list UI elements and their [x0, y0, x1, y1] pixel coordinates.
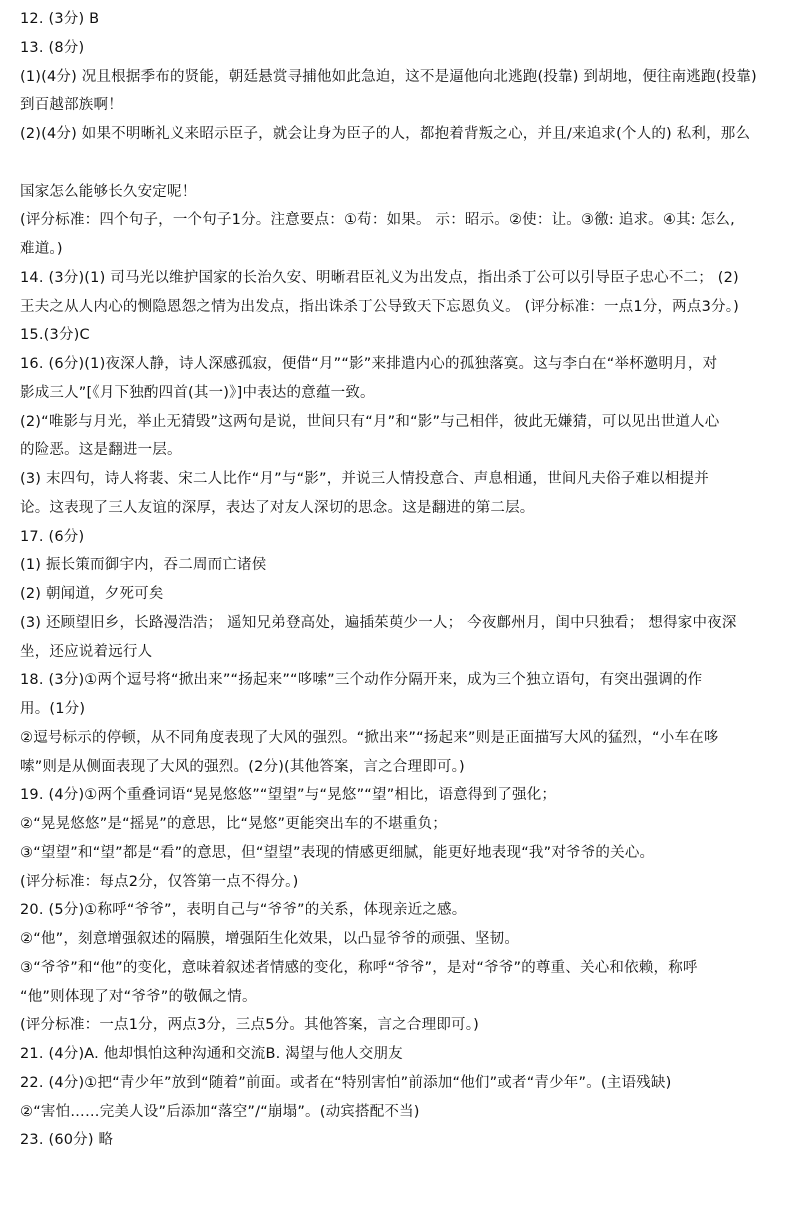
answer-20-point2: ②“他”，刻意增强叙述的隔膜，增强陌生化效果，以凸显爷爷的顽强、坚韧。	[20, 925, 785, 954]
answer-17-heading: 17. (6分)	[20, 523, 785, 552]
answer-22-point2: ②“害怕……完美人设”后添加“落空”/“崩塌”。(动宾搭配不当)	[20, 1098, 785, 1127]
answer-13-part2: (2)(4分) 如果不明晰礼义来昭示臣子，就会让身为臣子的人，都抱着背叛之心，并…	[20, 120, 785, 149]
answer-16-part1-cont: 影成三人”[《月下独酌四首(其一)》]中表达的意蕴一致。	[20, 379, 785, 408]
answer-20-point3: ③“爷爷”和“他”的变化，意味着叙述者情感的变化，称呼“爷爷”，是对“爷爷”的尊…	[20, 954, 785, 983]
answer-17-part2: (2) 朝闻道，夕死可矣	[20, 580, 785, 609]
answer-21: 21. (4分)A. 他却惧怕这种沟通和交流B. 渴望与他人交朋友	[20, 1040, 785, 1069]
answer-19-scoring: (评分标准：每点2分，仅答第一点不得分。)	[20, 868, 785, 897]
answer-13-scoring: (评分标准：四个句子，一个句子1分。注意要点：①苟：如果。 示：昭示。②使：让。…	[20, 206, 785, 235]
answer-19-point2: ②“晃晃悠悠”是“摇晃”的意思，比“晃悠”更能突出车的不堪重负；	[20, 810, 785, 839]
answer-20-point1: 20. (5分)①称呼“爷爷”，表明自己与“爷爷”的关系，体现亲近之感。	[20, 896, 785, 925]
answer-13-scoring-cont: 难道。)	[20, 235, 785, 264]
answer-14: 14. (3分)(1) 司马光以维护国家的长治久安、明晰君臣礼义为出发点，指出杀…	[20, 264, 785, 293]
answer-18-point1: 18. (3分)①两个逗号将“掀出来”“扬起来”“哆嗦”三个动作分隔开来，成为三…	[20, 666, 785, 695]
answer-16-part1: 16. (6分)(1)夜深人静，诗人深感孤寂，便借“月”“影”来排遣内心的孤独落…	[20, 350, 785, 379]
answer-19-point3: ③“望望”和“望”都是“看”的意思，但“望望”表现的情感更细腻，能更好地表现“我…	[20, 839, 785, 868]
answer-13-part1-cont: 到百越部族啊！	[20, 91, 785, 120]
answer-15: 15.(3分)C	[20, 321, 785, 350]
answer-20-scoring: (评分标准：一点1分，两点3分，三点5分。其他答案，言之合理即可。)	[20, 1011, 785, 1040]
answer-22-point1: 22. (4分)①把“青少年”放到“随着”前面。或者在“特别害怕”前添加“他们”…	[20, 1069, 785, 1098]
answer-18-point1-cont: 用。(1分)	[20, 695, 785, 724]
answer-12: 12. (3分) B	[20, 5, 785, 34]
answer-17-part1: (1) 振长策而御宇内，吞二周而亡诸侯	[20, 551, 785, 580]
answer-16-part3-cont: 论。这表现了三人友谊的深厚，表达了对友人深切的思念。这是翻进的第二层。	[20, 494, 785, 523]
answer-16-part2-cont: 的险恶。这是翻进一层。	[20, 436, 785, 465]
answer-16-part3: (3) 末四句，诗人将裴、宋二人比作“月”与“影”，并说三人情投意合、声息相通，…	[20, 465, 785, 494]
answer-19-point1: 19. (4分)①两个重叠词语“晃晃悠悠”“望望”与“晃悠”“望”相比，语意得到…	[20, 781, 785, 810]
answer-16-part2: (2)“唯影与月光，举止无猜毁”这两句是说，世间只有“月”和“影”与己相伴，彼此…	[20, 408, 785, 437]
blank-line	[20, 149, 785, 178]
answer-13-part1: (1)(4分) 况且根据季布的贤能，朝廷悬赏寻捕他如此急迫，这不是逼他向北逃跑(…	[20, 63, 785, 92]
answer-13-heading: 13. (8分)	[20, 34, 785, 63]
answer-23: 23. (60分) 略	[20, 1126, 785, 1155]
answer-17-part3-cont: 坐，还应说着远行人	[20, 638, 785, 667]
answer-key-document: 12. (3分) B 13. (8分) (1)(4分) 况且根据季布的贤能，朝廷…	[20, 5, 785, 1155]
answer-20-point3-cont: “他”则体现了对“爷爷”的敬佩之情。	[20, 983, 785, 1012]
answer-13-part2-cont: 国家怎么能够长久安定呢！	[20, 178, 785, 207]
answer-18-point2-cont: 嗦”则是从侧面表现了大风的强烈。(2分)(其他答案，言之合理即可。)	[20, 753, 785, 782]
answer-18-point2: ②逗号标示的停顿，从不同角度表现了大风的强烈。“掀出来”“扬起来”则是正面描写大…	[20, 724, 785, 753]
answer-17-part3: (3) 还顾望旧乡，长路漫浩浩； 遥知兄弟登高处，遍插茱萸少一人； 今夜鄜州月，…	[20, 609, 785, 638]
answer-14-cont: 王夫之从人内心的恻隐恩怨之情为出发点，指出诛杀丁公导致天下忘恩负义。 (评分标准…	[20, 293, 785, 322]
